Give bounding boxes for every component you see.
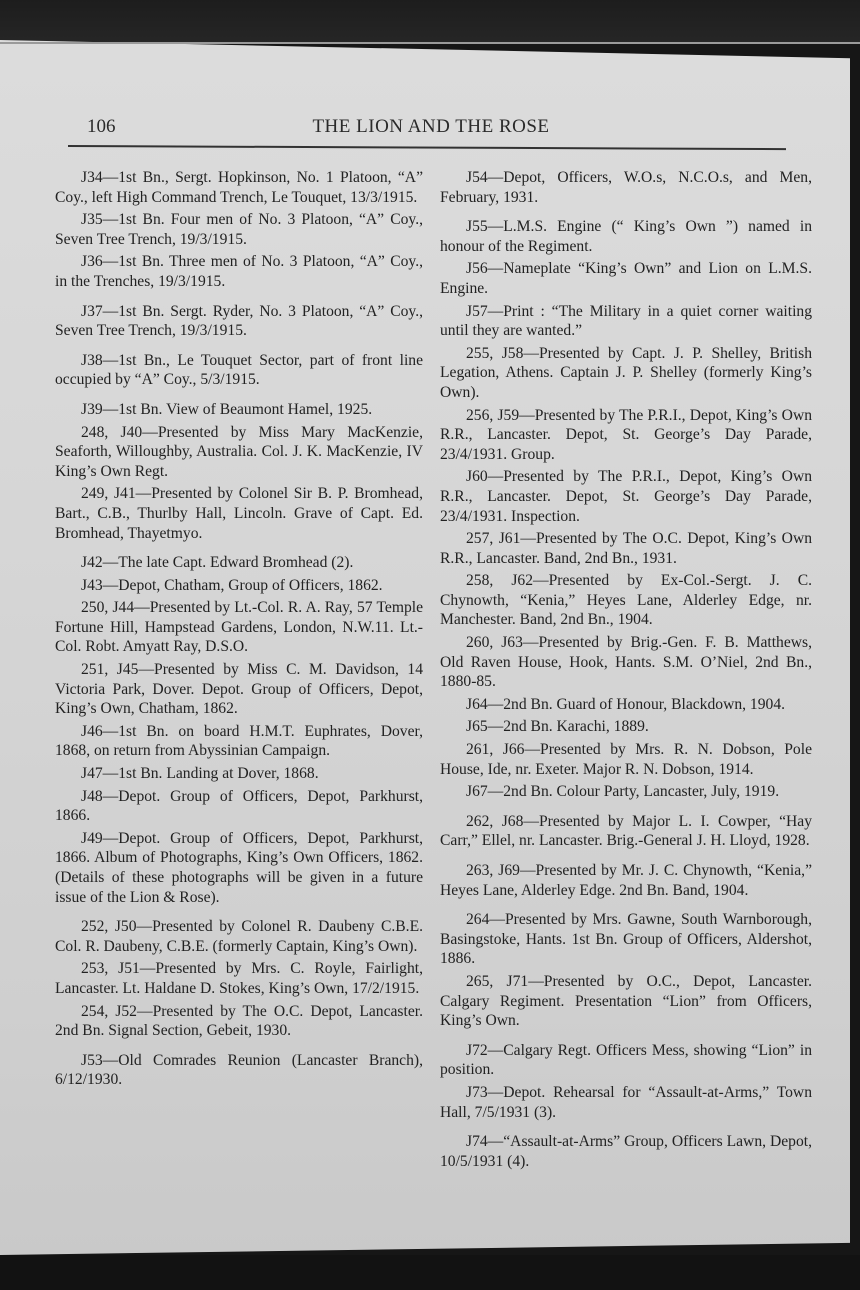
catalog-entry: 257, J61—Presented by The O.C. Depot, Ki… — [440, 529, 812, 568]
running-title: THE LION AND THE ROSE — [67, 116, 785, 138]
catalog-entry: J42—The late Capt. Edward Bromhead (2). — [55, 553, 423, 573]
catalog-entry: J47—1st Bn. Landing at Dover, 1868. — [55, 764, 423, 784]
catalog-entry: 256, J59—Presented by The P.R.I., Depot,… — [440, 406, 812, 465]
catalog-entry: 253, J51—Presented by Mrs. C. Royle, Fai… — [55, 959, 423, 998]
catalog-entry: J74—“Assault-at-Arms” Group, Officers La… — [440, 1132, 812, 1171]
catalog-entry: J53—Old Comrades Reunion (Lancaster Bran… — [55, 1051, 423, 1090]
catalog-entry: 250, J44—Presented by Lt.-Col. R. A. Ray… — [55, 598, 423, 657]
right-column: J54—Depot, Officers, W.O.s, N.C.O.s, and… — [440, 168, 812, 1174]
catalog-entry: J65—2nd Bn. Karachi, 1889. — [440, 717, 812, 737]
catalog-entry: J57—Print : “The Military in a quiet cor… — [440, 302, 812, 341]
catalog-entry: J49—Depot. Group of Officers, Depot, Par… — [55, 829, 423, 907]
catalog-entry: 248, J40—Presented by Miss Mary MacKenzi… — [55, 423, 423, 482]
catalog-entry: J56—Nameplate “King’s Own” and Lion on L… — [440, 259, 812, 298]
catalog-entry: J67—2nd Bn. Colour Party, Lancaster, Jul… — [440, 782, 812, 802]
catalog-entry: 261, J66—Presented by Mrs. R. N. Dobson,… — [440, 740, 812, 779]
catalog-entry: J54—Depot, Officers, W.O.s, N.C.O.s, and… — [440, 168, 812, 207]
catalog-entry: J46—1st Bn. on board H.M.T. Euphrates, D… — [55, 722, 423, 761]
catalog-entry: 249, J41—Presented by Colonel Sir B. P. … — [55, 484, 423, 543]
left-column: J34—1st Bn., Sergt. Hopkinson, No. 1 Pla… — [55, 168, 423, 1093]
catalog-entry: 252, J50—Presented by Colonel R. Daubeny… — [55, 917, 423, 956]
catalog-entry: J39—1st Bn. View of Beaumont Hamel, 1925… — [55, 400, 423, 420]
catalog-entry: 262, J68—Presented by Major L. I. Cowper… — [440, 812, 812, 851]
catalog-entry: 251, J45—Presented by Miss C. M. Davidso… — [55, 660, 423, 719]
catalog-entry: J48—Depot. Group of Officers, Depot, Par… — [55, 787, 423, 826]
background-dark-top — [0, 0, 860, 44]
catalog-entry: J37—1st Bn. Sergt. Ryder, No. 3 Platoon,… — [55, 302, 423, 341]
catalog-entry: J64—2nd Bn. Guard of Honour, Blackdown, … — [440, 695, 812, 715]
catalog-entry: 265, J71—Presented by O.C., Depot, Lanca… — [440, 972, 812, 1031]
catalog-entry: 258, J62—Presented by Ex-Col.-Sergt. J. … — [440, 571, 812, 630]
page-header: 106 THE LION AND THE ROSE — [67, 116, 785, 142]
catalog-entry: 255, J58—Presented by Capt. J. P. Shelle… — [440, 344, 812, 403]
catalog-entry: 263, J69—Presented by Mr. J. C. Chynowth… — [440, 861, 812, 900]
catalog-entry: 264—Presented by Mrs. Gawne, South Warnb… — [440, 910, 812, 969]
background-dark-bottom — [0, 1255, 860, 1290]
page-top-edge — [0, 42, 860, 44]
catalog-entry: J35—1st Bn. Four men of No. 3 Platoon, “… — [55, 210, 423, 249]
catalog-entry: J72—Calgary Regt. Officers Mess, showing… — [440, 1041, 812, 1080]
catalog-entry: J43—Depot, Chatham, Group of Officers, 1… — [55, 576, 423, 596]
catalog-entry: J73—Depot. Rehearsal for “Assault-at-Arm… — [440, 1083, 812, 1122]
catalog-entry: J36—1st Bn. Three men of No. 3 Platoon, … — [55, 252, 423, 291]
catalog-entry: J38—1st Bn., Le Touquet Sector, part of … — [55, 351, 423, 390]
catalog-entry: 254, J52—Presented by The O.C. Depot, La… — [55, 1002, 423, 1041]
catalog-entry: J60—Presented by The P.R.I., Depot, King… — [440, 467, 812, 526]
catalog-entry: J55—L.M.S. Engine (“ King’s Own ”) named… — [440, 217, 812, 256]
catalog-entry: 260, J63—Presented by Brig.-Gen. F. B. M… — [440, 633, 812, 692]
catalog-entry: J34—1st Bn., Sergt. Hopkinson, No. 1 Pla… — [55, 168, 423, 207]
